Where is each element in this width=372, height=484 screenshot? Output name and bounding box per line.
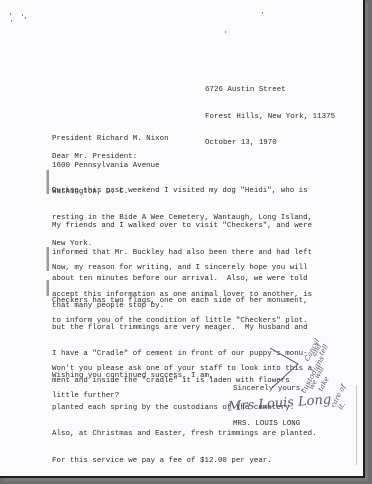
scan-speck [262, 12, 263, 14]
salutation: Dear Mr. President: [52, 153, 137, 162]
letter-date: October 13, 1970 [205, 139, 335, 148]
margin-notes: Cancel and tell custodians we will take … [298, 340, 358, 450]
paragraph-6: Wishing you continued success, I am, [52, 372, 213, 381]
recipient-name: President Richard M. Nixon [52, 135, 169, 144]
typed-signature: MRS. LOUIS LONG [233, 420, 300, 429]
paragraph-line: My friends and I walked over to visit "C… [52, 222, 312, 231]
paragraph-line: Checkers has two flags, one on each side… [52, 297, 317, 306]
page-edge-line [356, 385, 357, 465]
paragraph-line: For this service we pay a fee of $12.00 … [52, 457, 317, 466]
margin-mark [46, 247, 49, 271]
paragraph-line: Now, my reason for writing, and I sincer… [52, 264, 312, 273]
margin-mark [46, 170, 49, 194]
scan-speck [11, 20, 12, 22]
paragraph-line: Also, at Christmas and Easter, fresh tri… [52, 430, 317, 439]
scan-speck [22, 14, 23, 16]
scan-speck [225, 31, 226, 33]
sender-city: Forest Hills, New York, 11375 [205, 113, 335, 122]
document-frame: 6726 Austin Street Forest Hills, New Yor… [0, 0, 365, 478]
sender-street: 6726 Austin Street [205, 86, 335, 95]
sender-address: 6726 Austin Street Forest Hills, New Yor… [205, 68, 335, 166]
paragraph-line: During this past weekend I visited my do… [52, 187, 312, 196]
letter-page: 6726 Austin Street Forest Hills, New Yor… [0, 0, 363, 476]
scan-speck [10, 13, 11, 15]
scan-speck [25, 17, 26, 19]
margin-mark [46, 280, 49, 296]
margin-note: it. [336, 401, 346, 411]
